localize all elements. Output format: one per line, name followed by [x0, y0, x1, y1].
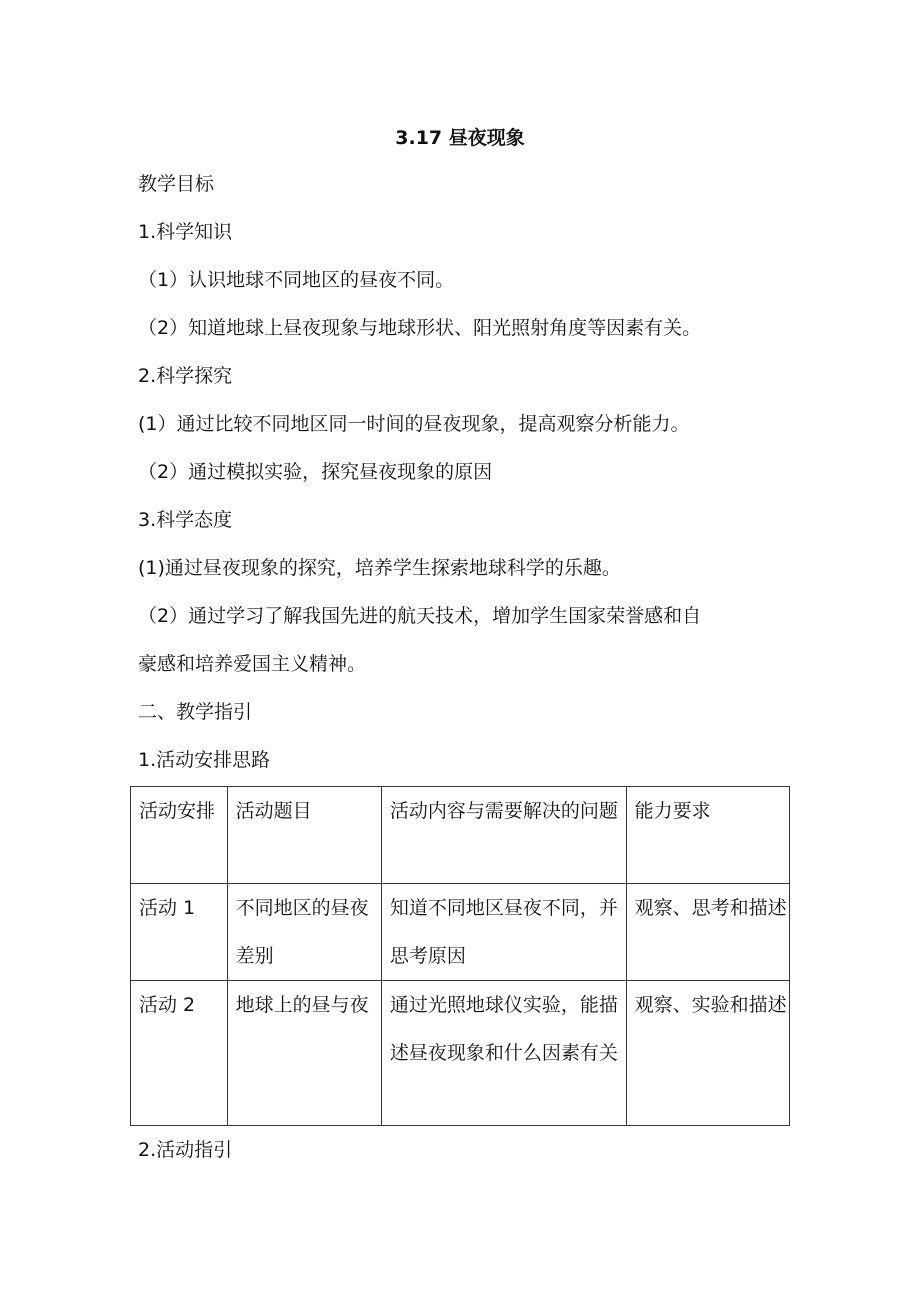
table-cell: 通过光照地球仪实验，能描述昼夜现象和什么因素有关: [381, 981, 626, 1126]
table-cell: 观察、实验和描述: [626, 981, 789, 1126]
section-heading-objectives: 教学目标: [138, 172, 214, 196]
paragraph: (1）通过比较不同地区同一时间的昼夜现象，提高观察分析能力。: [138, 412, 690, 436]
table-header-cell: 活动题目: [227, 787, 381, 884]
activity-table: 活动安排 活动题目 活动内容与需要解决的问题 能力要求 活动 1 不同地区的昼夜…: [130, 786, 790, 1126]
table-cell: 活动 2: [131, 981, 228, 1126]
paragraph: （2）通过模拟实验，探究昼夜现象的原因: [138, 460, 492, 484]
paragraph: （2）知道地球上昼夜现象与地球形状、阳光照射角度等因素有关。: [138, 316, 701, 340]
subheading-knowledge: 1.科学知识: [138, 220, 232, 244]
table-row: 活动 2 地球上的昼与夜 通过光照地球仪实验，能描述昼夜现象和什么因素有关 观察…: [131, 981, 790, 1126]
table-cell: 不同地区的昼夜差别: [227, 884, 381, 981]
table-row: 活动 1 不同地区的昼夜差别 知道不同地区昼夜不同，并思考原因 观察、思考和描述: [131, 884, 790, 981]
paragraph: 豪感和培养爱国主义精神。: [138, 652, 366, 676]
table-header-cell: 能力要求: [626, 787, 789, 884]
subheading-activity-guide: 2.活动指引: [138, 1138, 232, 1162]
table-cell: 知道不同地区昼夜不同，并思考原因: [381, 884, 626, 981]
paragraph: (1)通过昼夜现象的探究，培养学生探索地球科学的乐趣。: [138, 556, 621, 580]
table-cell: 活动 1: [131, 884, 228, 981]
table-header-cell: 活动安排: [131, 787, 228, 884]
table-header-row: 活动安排 活动题目 活动内容与需要解决的问题 能力要求: [131, 787, 790, 884]
document-title: 3.17 昼夜现象: [0, 126, 920, 150]
subheading-inquiry: 2.科学探究: [138, 364, 232, 388]
table-cell: 观察、思考和描述: [626, 884, 789, 981]
subheading-activity-plan: 1.活动安排思路: [138, 748, 270, 772]
paragraph: （2）通过学习了解我国先进的航天技术，增加学生国家荣誉感和自: [138, 604, 701, 628]
paragraph: （1）认识地球不同地区的昼夜不同。: [138, 268, 454, 292]
subheading-attitude: 3.科学态度: [138, 508, 232, 532]
table-cell: 地球上的昼与夜: [227, 981, 381, 1126]
table-header-cell: 活动内容与需要解决的问题: [381, 787, 626, 884]
section-heading-guidance: 二、教学指引: [138, 700, 252, 724]
